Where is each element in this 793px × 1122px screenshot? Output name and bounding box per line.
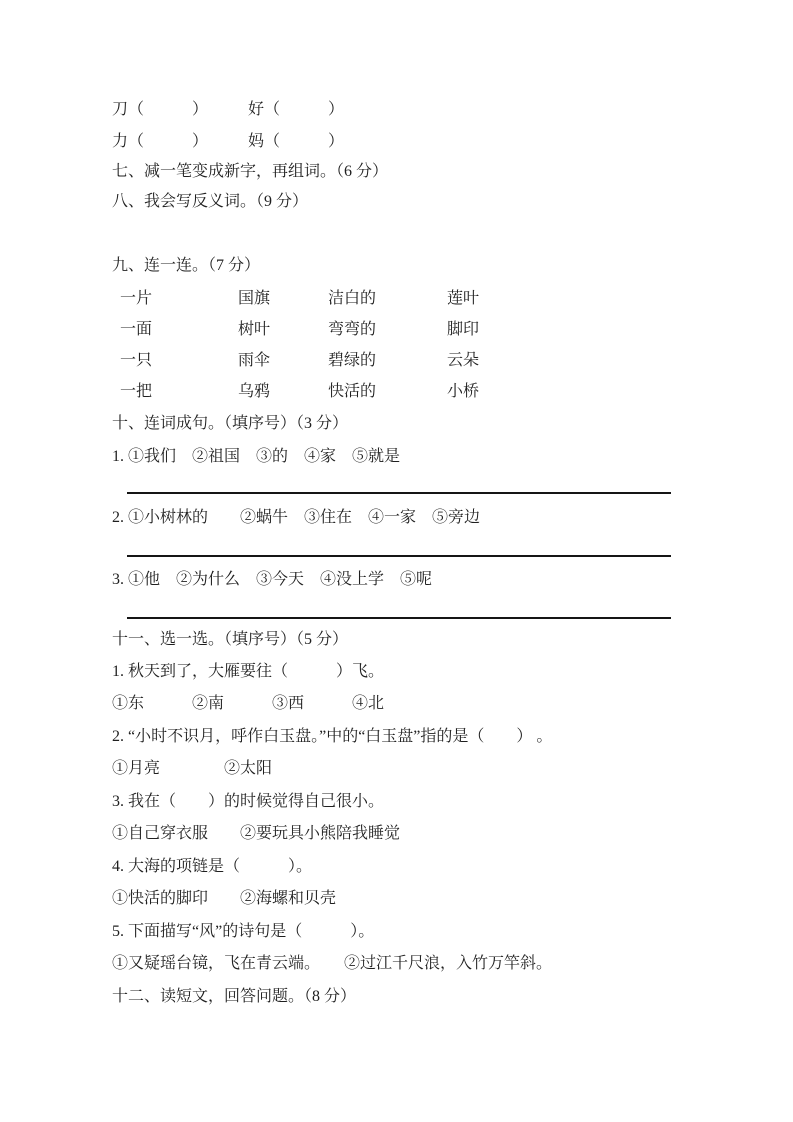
answer-line-1 <box>127 492 671 494</box>
match-row-1: 一片 国旗 洁白的 莲叶 <box>112 283 682 315</box>
choice-options-3: ①自己穿衣服 ②要玩具小熊陪我睡觉 <box>112 818 682 850</box>
choice-question-1: 1. 秋天到了，大雁要往（ ）飞。 <box>112 656 682 688</box>
choice-options-4: ①快活的脚印 ②海螺和贝壳 <box>112 883 682 915</box>
match-row-4: 一把 乌鸦 快活的 小桥 <box>112 376 682 408</box>
match-cell: 快活的 <box>328 376 376 408</box>
choice-question-3: 3. 我在（ ）的时候觉得自己很小。 <box>112 786 682 818</box>
match-cell: 一只 <box>120 345 152 377</box>
match-cell: 洁白的 <box>328 283 376 315</box>
match-cell: 弯弯的 <box>328 314 376 346</box>
match-cell: 脚印 <box>447 314 479 346</box>
choice-options-5: ①又疑瑶台镜，飞在青云端。 ②过江千尺浪，入竹万竿斜。 <box>112 948 682 980</box>
match-row-2: 一面 树叶 弯弯的 脚印 <box>112 314 682 346</box>
section-8-title: 八、我会写反义词。（9 分） <box>112 186 682 218</box>
section-11-title: 十一、选一选。（填序号）（5 分） <box>112 624 682 656</box>
section-12-title: 十二、读短文，回答问题。（8 分） <box>112 981 682 1013</box>
match-cell: 一片 <box>120 283 152 315</box>
answer-line-3 <box>127 617 671 619</box>
choice-question-2: 2. “小时不识月，呼作白玉盘。”中的“白玉盘”指的是（ ） 。 <box>112 721 682 753</box>
choice-options-1: ①东 ②南 ③西 ④北 <box>112 688 682 720</box>
exam-page: 刀（ ） 好（ ） 力（ ） 妈（ ） 七、减一笔变成新字，再组词。（6 分） … <box>0 0 793 1122</box>
section-9-title: 九、连一连。（7 分） <box>112 250 682 282</box>
choice-options-2: ①月亮 ②太阳 <box>112 753 682 785</box>
sentence-item-2: 2. ①小树林的 ②蜗牛 ③住在 ④一家 ⑤旁边 <box>112 502 682 534</box>
match-cell: 云朵 <box>447 345 479 377</box>
sentence-item-1: 1. ①我们 ②祖国 ③的 ④家 ⑤就是 <box>112 441 682 473</box>
match-row-3: 一只 雨伞 碧绿的 云朵 <box>112 345 682 377</box>
match-cell: 莲叶 <box>447 283 479 315</box>
section-7-title: 七、减一笔变成新字，再组词。（6 分） <box>112 156 682 188</box>
section-10-title: 十、连词成句。（填序号）（3 分） <box>112 408 682 440</box>
fill-blank-row-1: 刀（ ） 好（ ） <box>112 94 682 126</box>
match-cell: 雨伞 <box>238 345 270 377</box>
match-cell: 一把 <box>120 376 152 408</box>
fill-blank-row-2: 力（ ） 妈（ ） <box>112 126 682 158</box>
answer-line-2 <box>127 555 671 557</box>
match-cell: 国旗 <box>238 283 270 315</box>
match-cell: 树叶 <box>238 314 270 346</box>
match-cell: 碧绿的 <box>328 345 376 377</box>
choice-question-5: 5. 下面描写“风”的诗句是（ ）。 <box>112 916 682 948</box>
choice-question-4: 4. 大海的项链是（ ）。 <box>112 851 682 883</box>
sentence-item-3: 3. ①他 ②为什么 ③今天 ④没上学 ⑤呢 <box>112 564 682 596</box>
match-cell: 一面 <box>120 314 152 346</box>
match-cell: 小桥 <box>447 376 479 408</box>
match-cell: 乌鸦 <box>238 376 270 408</box>
